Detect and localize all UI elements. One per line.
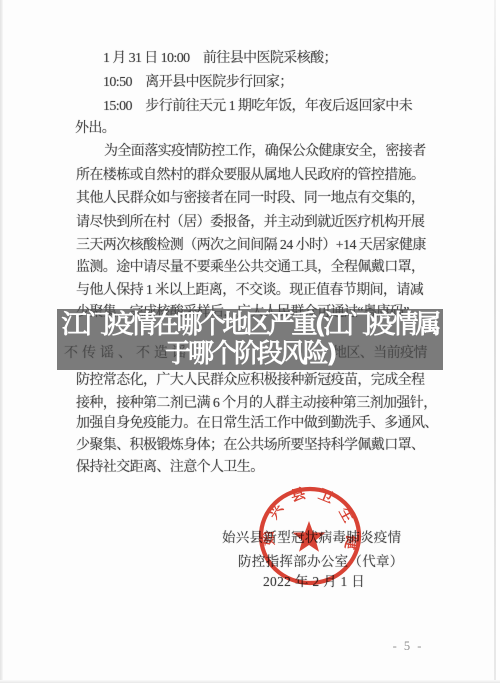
document-text-line: 监测。途中请尽量不要乘坐公共交通工具，全程佩戴口罩，: [76, 256, 424, 276]
document-text-line: 所在楼栋或自然村的群众要服从属地人民政府的管控措施。: [76, 164, 424, 184]
page-number: - 5 -: [382, 639, 434, 654]
document-text-line: 为全面落实疫情防控工作，确保公众健康安全，密接者: [104, 140, 426, 160]
document-text-line: 防控常态化，广大人民群众应积极接种新冠疫苗，完成全程: [76, 369, 424, 389]
title-overlay-line2: 于哪个阶段风险): [57, 340, 443, 369]
document-text-line: 与他人保持 1 米以上距离，不交谈。现正值春节期间，请减: [76, 279, 423, 299]
official-seal: 始兴县卫生健康局: [256, 484, 366, 590]
document-text-line: 外出。: [75, 117, 115, 137]
star-icon: [293, 521, 325, 552]
document-text-line: 请尽快到所在村（居）委报备，并主动到就近医疗机构开展: [76, 211, 424, 231]
title-overlay-banner: 江门疫情在哪个地区严重(江门疫情属 于哪个阶段风险): [57, 309, 443, 370]
document-text-line: 15:00 步行前往天元 1 期吃年饭，年夜后返回家中未: [103, 95, 412, 115]
document-text-line: 保持社交距离、注意个人卫生。: [76, 456, 264, 476]
document-text-line: 接种，接种第二剂已满 6 个月的人群主动接种第三剂加强针，: [76, 392, 437, 412]
document-text-line: 加强自身免疫能力。在日常生活工作中做到勤洗手、多通风、: [76, 412, 438, 432]
photo-right-edge: [494, 0, 496, 683]
document-text-line: 三天两次核酸检测（两次之间间隔 24 小时）+14 天居家健康: [76, 234, 426, 254]
photo-left-edge: [0, 0, 3, 683]
document-text-line: 1 月 31 日 10:00 前往县中医院采核酸；: [103, 47, 337, 67]
document-text-line: 少聚集、积极锻炼身体；在公共场所要坚持科学佩戴口罩、: [76, 434, 424, 454]
document-text-line: 10:50 离开县中医院步行回家；: [103, 71, 293, 91]
article-image: 1 月 31 日 10:00 前往县中医院采核酸； 10:50 离开县中医院步行…: [0, 0, 500, 683]
document-text-line: 其他人民群众如与密接者在同一时段、同一地点有交集的，: [76, 187, 424, 207]
title-overlay-line1: 江门疫情在哪个地区严重(江门疫情属: [57, 311, 443, 340]
